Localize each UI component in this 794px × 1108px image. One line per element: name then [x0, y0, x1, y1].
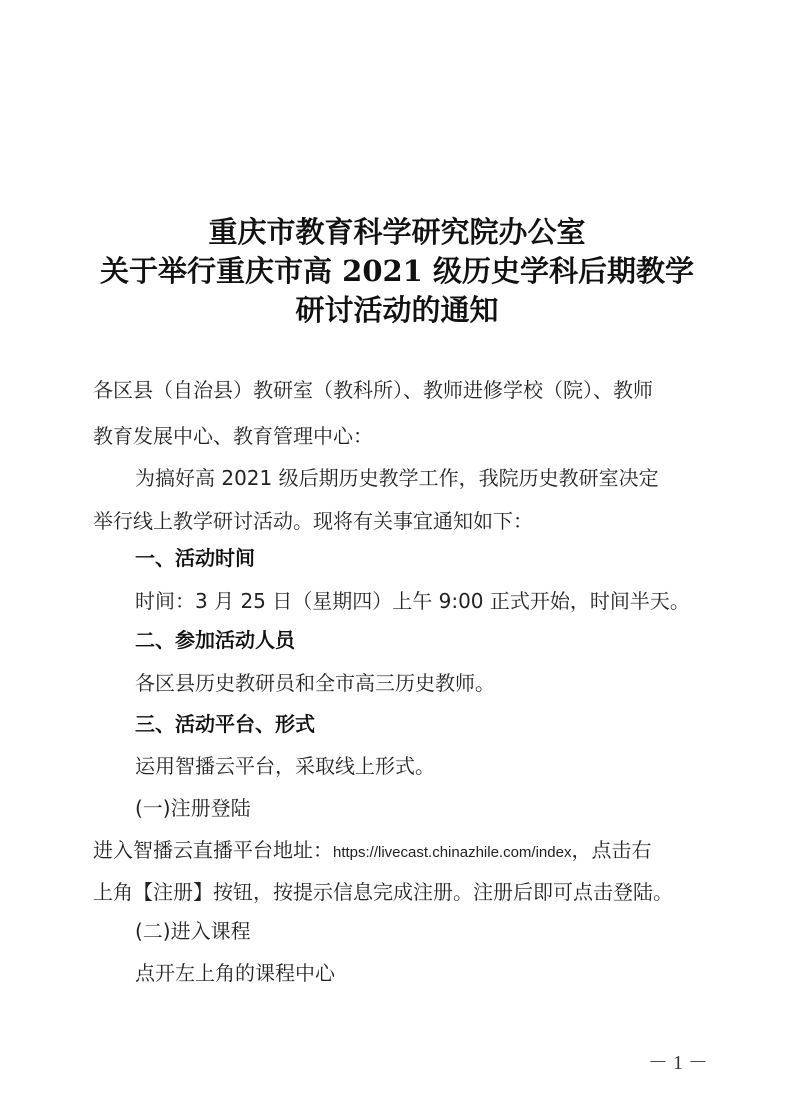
subsection-1-line-1: 进入智播云直播平台地址：https://livecast.chinazhile.… — [93, 837, 651, 866]
title-line-2: 关于举行重庆市高 2021 级历史学科后期教学 — [0, 254, 794, 288]
intro-line-1: 为搞好高 2021 级后期历史教学工作，我院历史教研室决定 — [135, 465, 659, 491]
subsection-1-line-2: 上角【注册】按钮，按提示信息完成注册。注册后即可点击登陆。 — [93, 879, 673, 905]
subsection-2-body: 点开左上角的课程中心 — [135, 960, 335, 986]
subsection-1-heading: (一)注册登陆 — [135, 795, 251, 821]
section-3-body: 运用智播云平台，采取线上形式。 — [135, 753, 435, 779]
subsection-2-heading: (二)进入课程 — [135, 918, 251, 944]
subsection-1-prefix: 进入智播云直播平台地址： — [93, 838, 333, 862]
section-3-heading: 三、活动平台、形式 — [135, 711, 315, 737]
subsection-1-suffix: ，点击右 — [571, 838, 651, 862]
title-line-3: 研讨活动的通知 — [0, 293, 794, 327]
platform-url-link[interactable]: https://livecast.chinazhile.com/index — [333, 844, 571, 861]
title-line-1: 重庆市教育科学研究院办公室 — [0, 215, 794, 249]
addressee-line-2: 教育发展中心、教育管理中心： — [93, 423, 373, 449]
addressee-line-1: 各区县（自治县）教研室（教科所）、教师进修学校（院）、教师 — [93, 377, 653, 403]
page-number: － 1 － — [648, 1046, 708, 1075]
section-1-heading: 一、活动时间 — [135, 545, 255, 571]
section-2-body: 各区县历史教研员和全市高三历史教师。 — [135, 670, 495, 696]
intro-line-2: 举行线上教学研讨活动。现将有关事宜通知如下： — [93, 508, 533, 534]
section-1-body: 时间：3 月 25 日（星期四）上午 9:00 正式开始，时间半天。 — [135, 588, 690, 614]
section-2-heading: 二、参加活动人员 — [135, 627, 295, 653]
